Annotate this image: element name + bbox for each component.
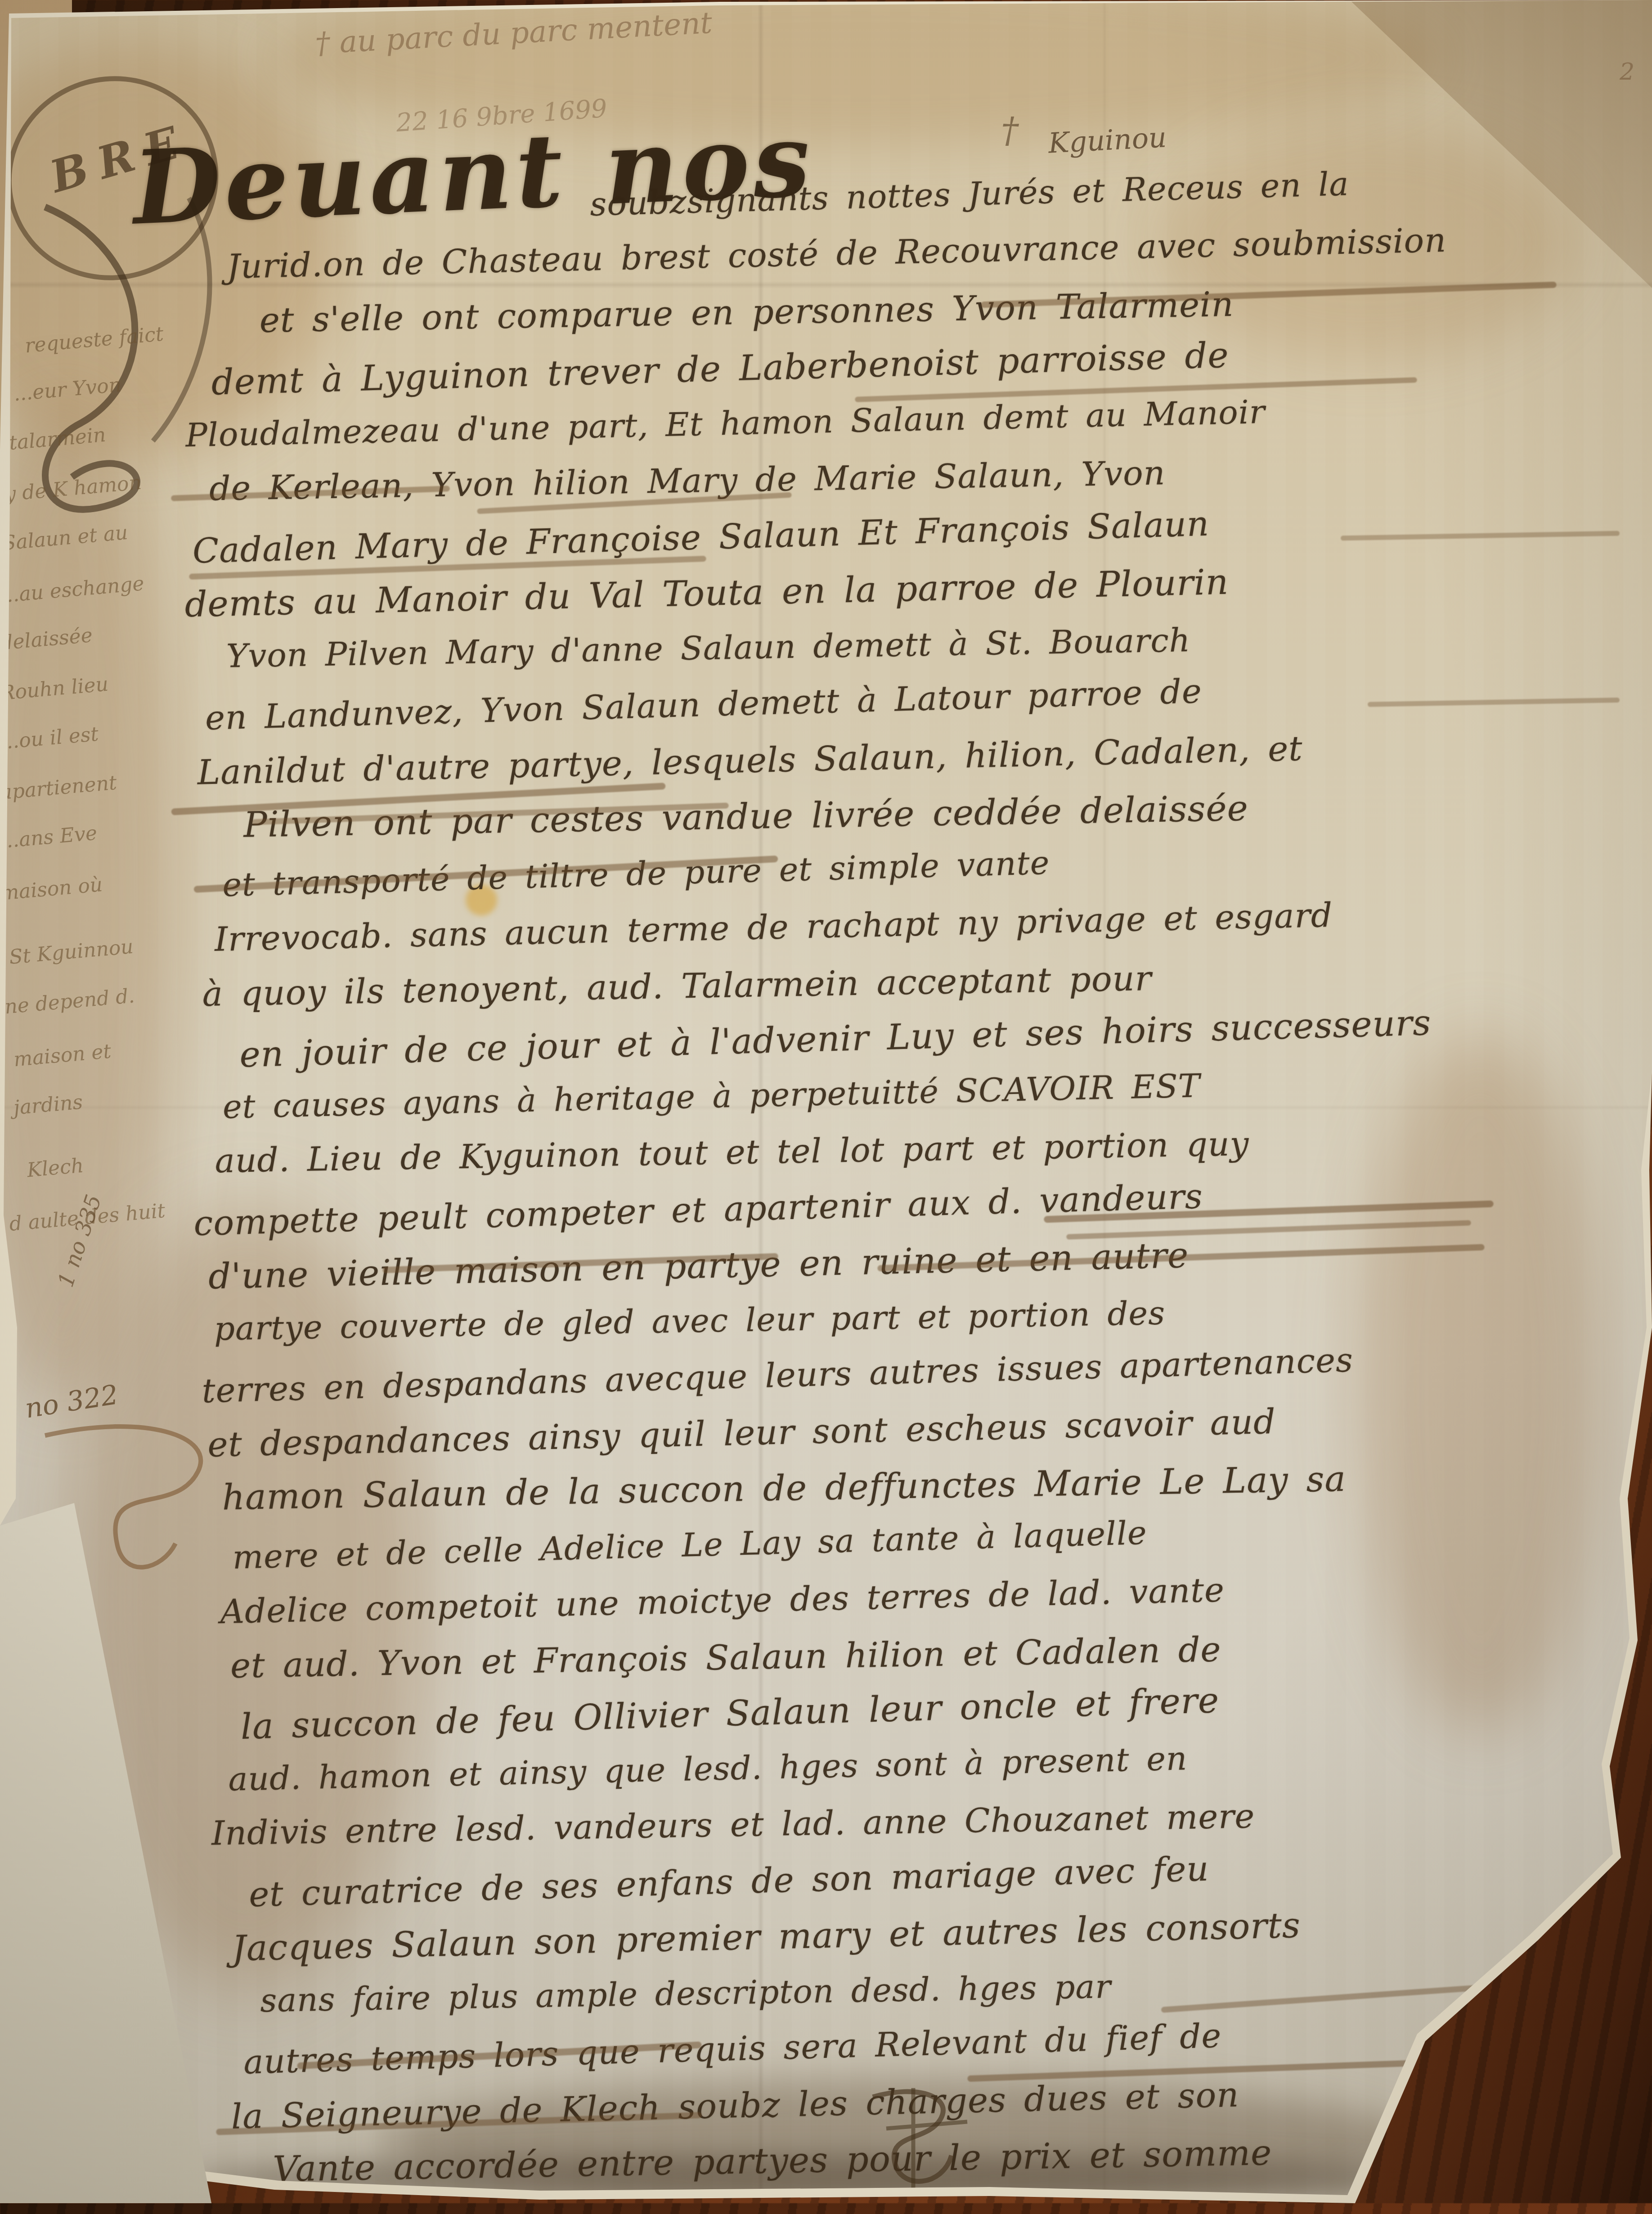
- manuscript-page: BRE † au parc du parc mentent 22 16 9bre…: [0, 0, 1652, 2203]
- ink-strokes: [0, 0, 1652, 2203]
- underline-stroke: [981, 282, 1557, 308]
- underline-stroke: [1341, 531, 1620, 541]
- underline-stroke: [382, 1253, 778, 1273]
- underline-stroke: [1044, 1201, 1494, 1223]
- underline-stroke: [855, 377, 1417, 402]
- underline-stroke: [189, 556, 706, 580]
- underline-stroke: [171, 486, 450, 501]
- underline-stroke: [1368, 697, 1620, 707]
- underline-stroke: [967, 2056, 1543, 2082]
- underline-stroke: [193, 855, 778, 893]
- underline-stroke: [877, 1244, 1485, 1271]
- underline-stroke: [1066, 1220, 1471, 1239]
- photograph-of-manuscript: BRE † au parc du parc mentent 22 16 9bre…: [0, 0, 1652, 2203]
- underline-stroke: [1161, 1980, 1548, 2013]
- underline-stroke: [216, 2112, 702, 2135]
- underline-stroke: [477, 492, 792, 514]
- underline-stroke: [297, 2041, 702, 2069]
